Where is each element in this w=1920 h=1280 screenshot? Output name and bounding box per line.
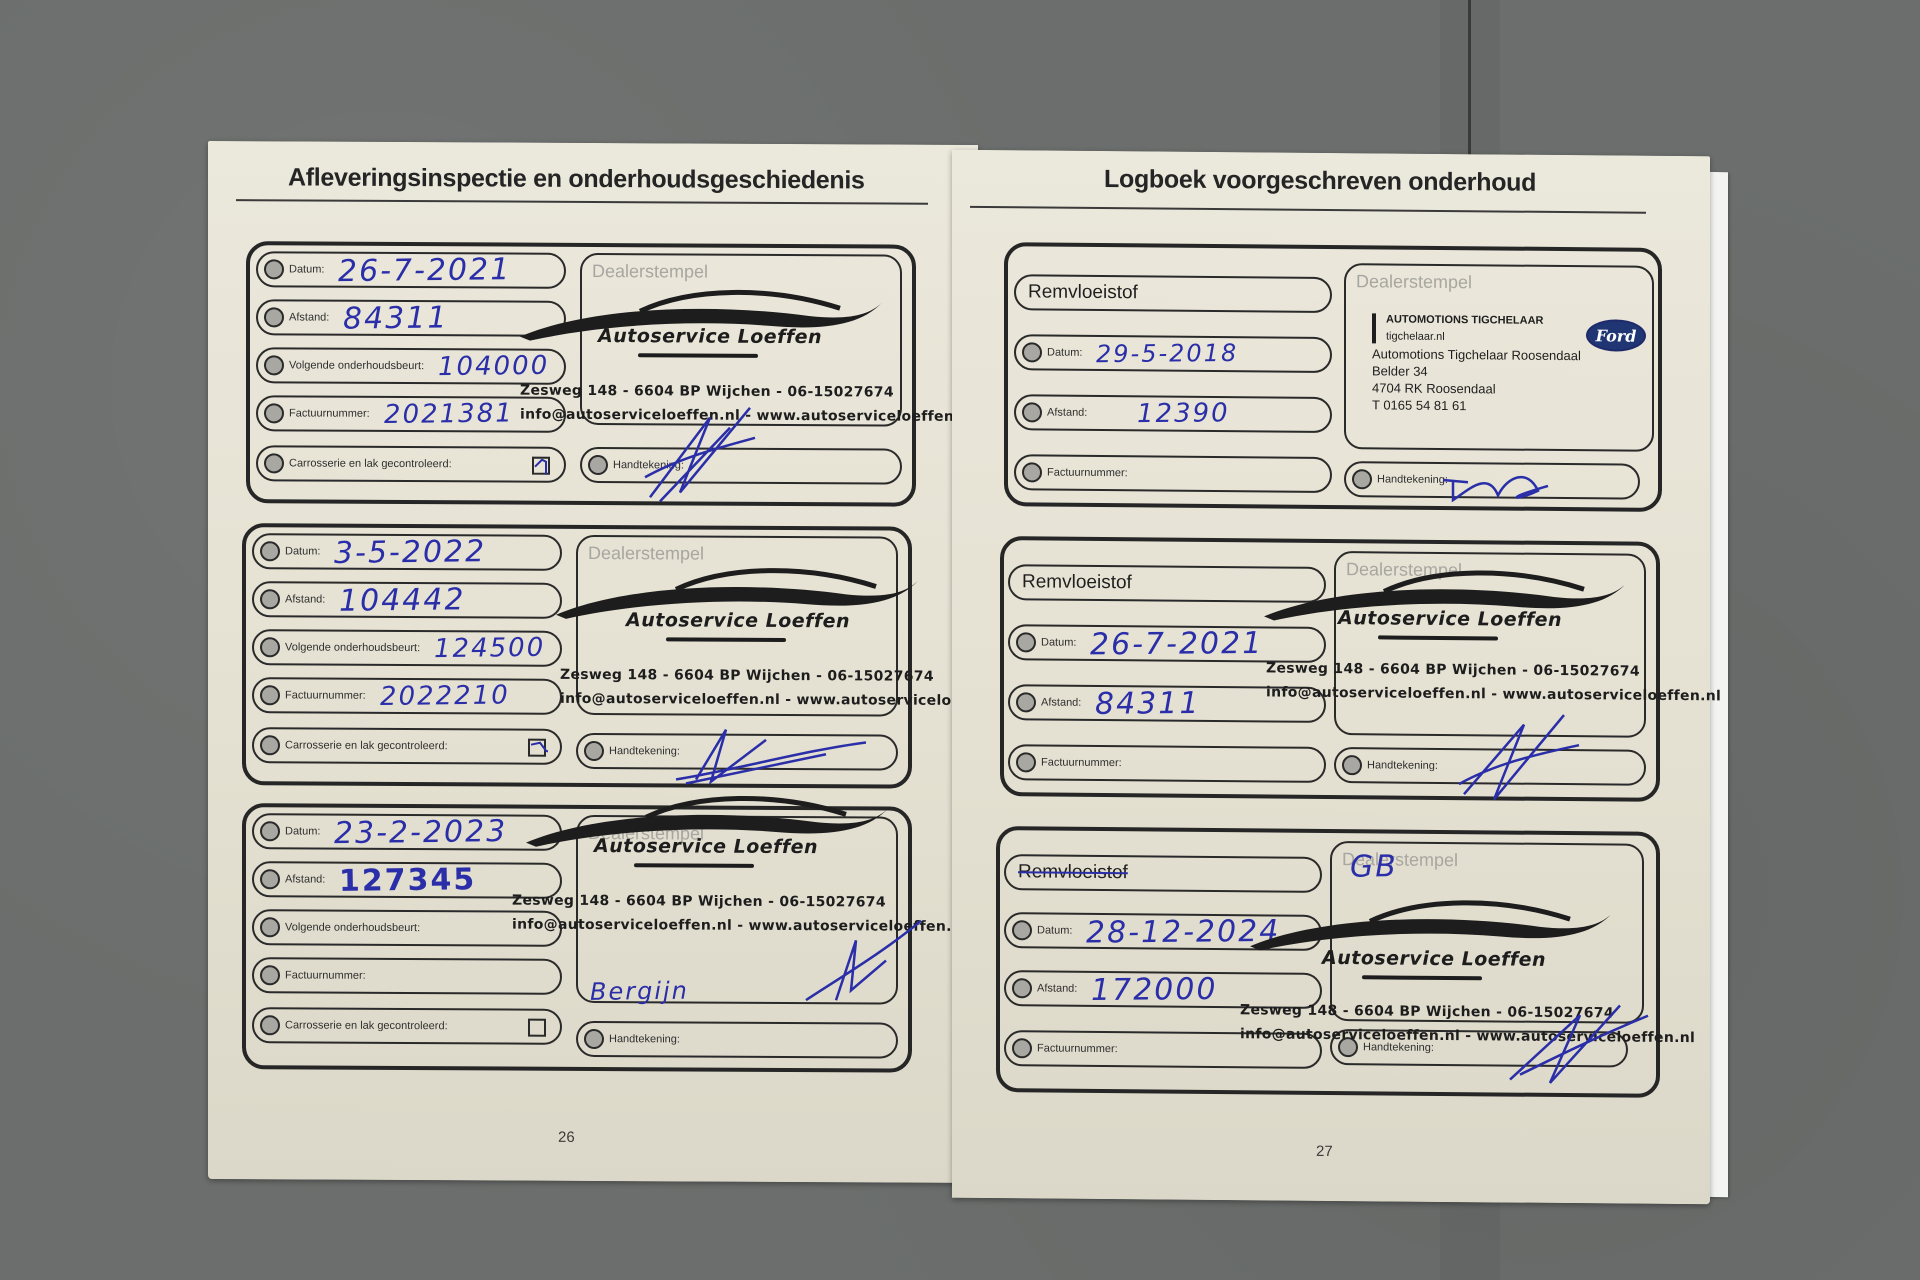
datum-value: 29-5-2018 bbox=[1096, 339, 1239, 368]
dealer-stamp-address: Zesweg 148 - 6604 BP Wijchen - 06-150276… bbox=[560, 667, 1015, 709]
stamp-name: Autoservice Loeffen bbox=[626, 609, 850, 632]
volgende-value: 104000 bbox=[438, 351, 550, 382]
radio-icon[interactable] bbox=[1022, 342, 1042, 362]
afstand-label: Afstand: bbox=[1047, 407, 1087, 419]
stamp-bar bbox=[666, 637, 786, 642]
radio-icon[interactable] bbox=[1016, 632, 1036, 652]
remvloeistof-label: Remvloeistof bbox=[1022, 281, 1138, 304]
radio-icon[interactable] bbox=[1012, 920, 1032, 940]
datum-label: Datum: bbox=[285, 825, 320, 837]
page-title: Afleveringsinspectie en onderhoudsgeschi… bbox=[288, 163, 865, 195]
carrosserie-field[interactable]: Carrosserie en lak gecontroleerd: bbox=[252, 1007, 562, 1045]
stamp-bar bbox=[634, 863, 754, 868]
radio-icon[interactable] bbox=[584, 741, 604, 761]
dealer-stamp: Autoservice Loeffen bbox=[626, 609, 850, 652]
stamp-handwritten-note: GB bbox=[1350, 849, 1398, 884]
service-entry-3: Datum: 23-2-2023 Afstand: 127345 Volgend… bbox=[242, 803, 912, 1073]
radio-icon[interactable] bbox=[264, 307, 284, 327]
factuur-label: Factuurnummer: bbox=[285, 969, 366, 981]
volgende-label: Volgende onderhoudsbeurt: bbox=[289, 359, 424, 372]
datum-label: Datum: bbox=[1037, 924, 1072, 936]
title-rule bbox=[970, 206, 1646, 214]
page-number: 26 bbox=[558, 1129, 575, 1146]
radio-icon[interactable] bbox=[1012, 1038, 1032, 1058]
datum-label: Datum: bbox=[1041, 636, 1076, 648]
stamp-address: Zesweg 148 - 6604 BP Wijchen - 06-150276… bbox=[560, 667, 1015, 685]
afstand-label: Afstand: bbox=[285, 873, 325, 885]
datum-label: Datum: bbox=[289, 263, 324, 275]
radio-icon[interactable] bbox=[260, 869, 280, 889]
stamp-bar bbox=[638, 353, 758, 358]
radio-icon[interactable] bbox=[1352, 469, 1372, 489]
factuur-label: Factuurnummer: bbox=[1047, 467, 1128, 480]
handtekening-field[interactable]: Handtekening: bbox=[576, 1021, 898, 1059]
radio-icon[interactable] bbox=[1022, 402, 1042, 422]
checkbox-checked-icon[interactable] bbox=[528, 739, 546, 757]
factuur-field[interactable]: Factuurnummer: bbox=[1008, 744, 1326, 783]
radio-icon[interactable] bbox=[264, 355, 284, 375]
radio-icon[interactable] bbox=[260, 637, 280, 657]
left-page: Afleveringsinspectie en onderhoudsgeschi… bbox=[208, 141, 978, 1183]
datum-value: 23-2-2023 bbox=[334, 814, 508, 851]
stamp-name: Autoservice Loeffen bbox=[594, 835, 818, 858]
stamp-address: Zesweg 148 - 6604 BP Wijchen - 06-150276… bbox=[1266, 660, 1721, 680]
remvloeistof-entry-3: Remvloeistof Datum: 28-12-2024 Afstand: … bbox=[996, 826, 1660, 1098]
title-rule bbox=[236, 199, 928, 205]
signature-icon bbox=[1500, 994, 1650, 1085]
factuur-field[interactable]: Factuurnummer: 2022210 bbox=[252, 677, 562, 715]
radio-icon[interactable] bbox=[260, 685, 280, 705]
handtekening-label: Handtekening: bbox=[1367, 759, 1438, 772]
signature-icon bbox=[1454, 704, 1584, 805]
radio-icon[interactable] bbox=[260, 821, 280, 841]
afstand-value: 12390 bbox=[1137, 398, 1230, 429]
afstand-label: Afstand: bbox=[1037, 982, 1077, 994]
dealer-stamp: Autoservice Loeffen bbox=[1322, 947, 1546, 991]
dealer-stamp: Autoservice Loeffen bbox=[1338, 607, 1562, 651]
factuur-label: Factuurnummer: bbox=[285, 689, 366, 701]
afstand-field[interactable]: Afstand: 104442 bbox=[252, 581, 562, 619]
remvloeistof-entry-1: Remvloeistof Datum: 29-5-2018 Afstand: 1… bbox=[1004, 242, 1662, 512]
dealerstempel-label: Dealerstempel bbox=[1356, 271, 1472, 293]
checkbox-empty-icon[interactable] bbox=[528, 1019, 546, 1037]
brand-bar-icon bbox=[1372, 313, 1376, 343]
datum-field[interactable]: Datum: 26-7-2021 bbox=[1008, 624, 1326, 663]
signature-icon bbox=[640, 397, 760, 508]
factuur-label: Factuurnummer: bbox=[1037, 1042, 1118, 1055]
datum-value: 26-7-2021 bbox=[1090, 625, 1264, 662]
carrosserie-field[interactable]: Carrosserie en lak gecontroleerd: bbox=[256, 445, 566, 483]
volgende-value: 124500 bbox=[434, 633, 546, 664]
dealer-stamp: Autoservice Loeffen bbox=[594, 835, 818, 878]
radio-icon[interactable] bbox=[260, 917, 280, 937]
afstand-value: 104442 bbox=[339, 582, 466, 619]
radio-icon[interactable] bbox=[1016, 692, 1036, 712]
carrosserie-label: Carrosserie en lak gecontroleerd: bbox=[289, 457, 452, 470]
dealer-stamp: Autoservice Loeffen bbox=[598, 325, 822, 368]
radio-icon[interactable] bbox=[588, 455, 608, 475]
volgende-field[interactable]: Volgende onderhoudsbeurt: 124500 bbox=[252, 629, 562, 667]
radio-icon[interactable] bbox=[260, 589, 280, 609]
factuur-field[interactable]: Factuurnummer: bbox=[1014, 454, 1332, 493]
volgende-field[interactable]: Volgende onderhoudsbeurt: 104000 bbox=[256, 347, 566, 385]
radio-icon[interactable] bbox=[260, 735, 280, 755]
radio-icon[interactable] bbox=[1342, 755, 1362, 775]
radio-icon[interactable] bbox=[1016, 752, 1036, 772]
ford-phone: T 0165 54 81 61 bbox=[1372, 396, 1581, 415]
ford-city: 4704 RK Roosendaal bbox=[1372, 379, 1581, 398]
stamp-name: Autoservice Loeffen bbox=[1338, 607, 1562, 631]
remvloeistof-entry-2: Remvloeistof Datum: 26-7-2021 Afstand: 8… bbox=[1000, 536, 1660, 802]
datum-value: 26-7-2021 bbox=[338, 252, 512, 289]
dealer-stamp-address: Zesweg 148 - 6604 BP Wijchen - 06-150276… bbox=[1266, 660, 1721, 704]
remvloeistof-label: Remvloeistof bbox=[1016, 571, 1132, 594]
radio-icon[interactable] bbox=[264, 453, 284, 473]
afstand-label: Afstand: bbox=[289, 311, 329, 323]
datum-label: Datum: bbox=[285, 545, 320, 557]
factuur-value: 2021381 bbox=[383, 398, 513, 430]
remvloeistof-label-struck: Remvloeistof bbox=[1012, 861, 1128, 884]
datum-field[interactable]: Datum: 29-5-2018 bbox=[1014, 334, 1332, 373]
datum-label: Datum: bbox=[1047, 347, 1082, 359]
stamp-bar bbox=[1378, 635, 1498, 640]
afstand-label: Afstand: bbox=[1041, 696, 1081, 708]
stamp-bar bbox=[1362, 975, 1482, 980]
radio-icon[interactable] bbox=[1022, 462, 1042, 482]
volgende-label: Volgende onderhoudsbeurt: bbox=[285, 921, 420, 934]
service-entry-1: Datum: 26-7-2021 Afstand: 84311 Volgende… bbox=[246, 241, 916, 507]
service-entry-2: Datum: 3-5-2022 Afstand: 104442 Volgende… bbox=[242, 523, 912, 789]
volgende-label: Volgende onderhoudsbeurt: bbox=[285, 641, 420, 654]
stamp-address: Zesweg 148 - 6604 BP Wijchen - 06-150276… bbox=[512, 893, 967, 911]
factuur-label: Factuurnummer: bbox=[1041, 756, 1122, 769]
stamp-handwritten-note: Bergijn bbox=[590, 977, 689, 1006]
right-page: Logboek voorgeschreven onderhoud Remvloe… bbox=[952, 150, 1710, 1205]
factuur-value: 2022210 bbox=[379, 680, 509, 712]
radio-icon[interactable] bbox=[1012, 978, 1032, 998]
radio-icon[interactable] bbox=[264, 403, 284, 423]
carrosserie-label: Carrosserie en lak gecontroleerd: bbox=[285, 1019, 448, 1032]
factuur-field[interactable]: Factuurnummer: bbox=[252, 957, 562, 995]
stamp-name: Autoservice Loeffen bbox=[1322, 947, 1546, 971]
page-title: Logboek voorgeschreven onderhoud bbox=[1104, 165, 1536, 198]
table-seam bbox=[1468, 0, 1471, 160]
afstand-field[interactable]: Afstand: 12390 bbox=[1014, 394, 1332, 433]
ford-street: Belder 34 bbox=[1372, 362, 1581, 381]
ford-brand: AUTOMOTIONS TIGCHELAAR bbox=[1386, 311, 1543, 329]
radio-icon[interactable] bbox=[584, 1029, 604, 1049]
page-number: 27 bbox=[1316, 1143, 1333, 1160]
checkbox-checked-icon[interactable] bbox=[532, 457, 550, 475]
carrosserie-field[interactable]: Carrosserie en lak gecontroleerd: bbox=[252, 727, 562, 765]
afstand-value: 172000 bbox=[1091, 971, 1218, 1007]
radio-icon[interactable] bbox=[260, 1015, 280, 1035]
signature-icon bbox=[796, 910, 926, 1011]
ford-dealer-stamp: AUTOMOTIONS TIGCHELAAR tigchelaar.nl Aut… bbox=[1372, 311, 1581, 415]
datum-field[interactable]: Datum: 3-5-2022 bbox=[252, 533, 562, 571]
radio-icon[interactable] bbox=[260, 965, 280, 985]
stamp-name: Autoservice Loeffen bbox=[598, 325, 822, 348]
datum-value: 3-5-2022 bbox=[334, 534, 487, 571]
stamp-contact: info@autoserviceloeffen.nl - www.autoser… bbox=[560, 691, 1015, 709]
radio-icon[interactable] bbox=[260, 541, 280, 561]
remvloeistof-header: Remvloeistof bbox=[1014, 274, 1332, 313]
afstand-label: Afstand: bbox=[285, 593, 325, 605]
handtekening-label: Handtekening: bbox=[609, 1033, 680, 1045]
ford-logo-icon: Ford bbox=[1586, 319, 1646, 352]
ford-company: Automotions Tigchelaar Roosendaal bbox=[1372, 345, 1581, 364]
afstand-value: 84311 bbox=[1095, 685, 1201, 721]
ford-web: tigchelaar.nl bbox=[1386, 328, 1543, 346]
signature-icon bbox=[1438, 460, 1558, 511]
carrosserie-label: Carrosserie en lak gecontroleerd: bbox=[285, 739, 448, 752]
factuur-label: Factuurnummer: bbox=[289, 407, 370, 419]
radio-icon[interactable] bbox=[264, 259, 284, 279]
afstand-value: 127345 bbox=[339, 862, 477, 899]
afstand-value: 84311 bbox=[343, 300, 449, 336]
signature-icon bbox=[666, 719, 866, 790]
